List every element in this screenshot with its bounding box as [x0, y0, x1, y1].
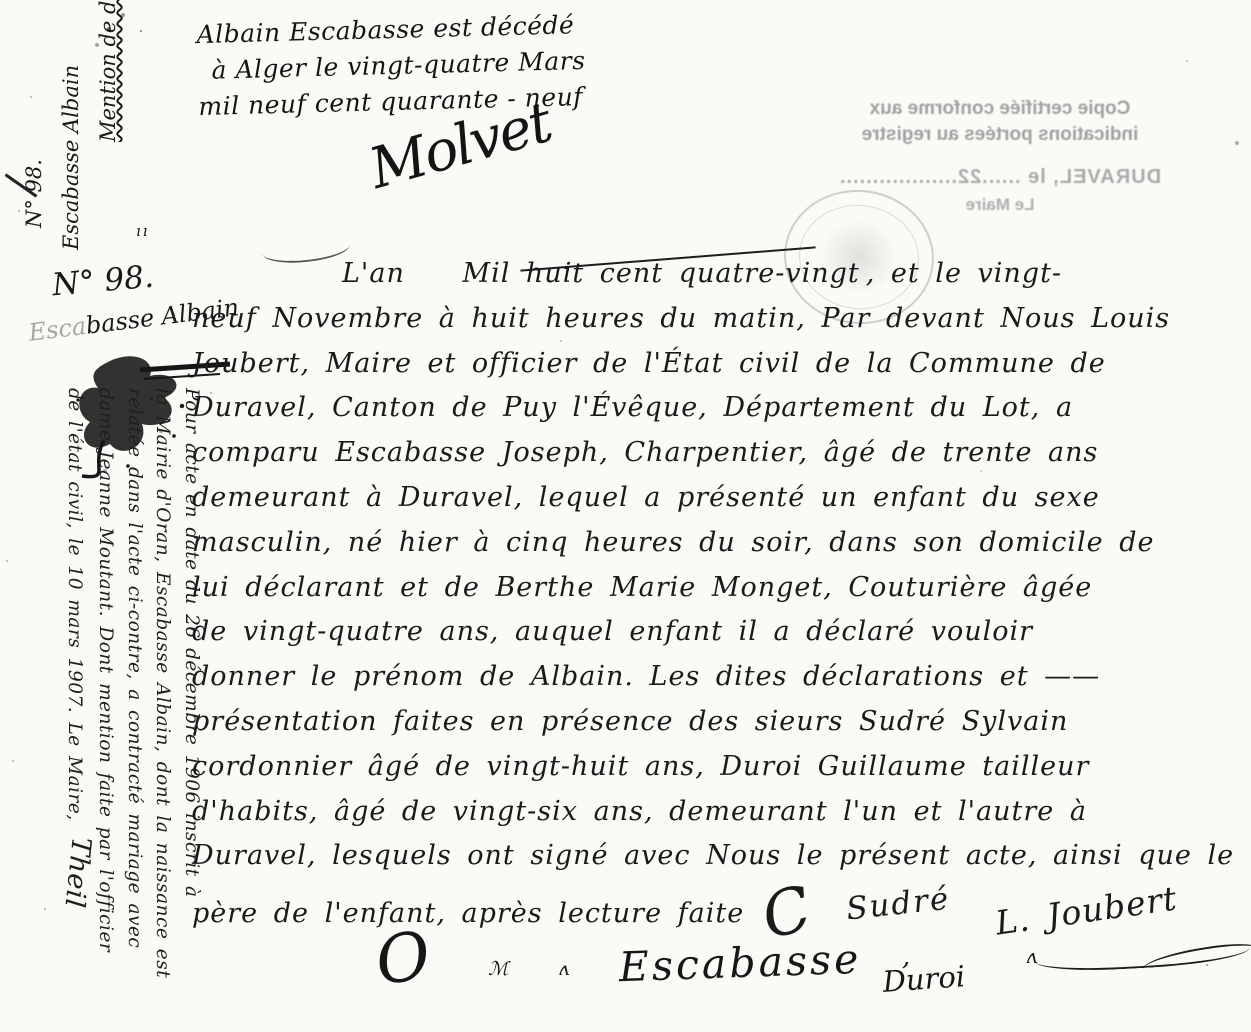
- act-number-label: N° 98.: [51, 259, 156, 304]
- margin-marriage-note: Pour acte en date du 26 décembre 1906 in…: [60, 388, 206, 1032]
- signature-row: Oℳ ʌEscabasseDuroi: [376, 920, 964, 997]
- act-line: Duravel, lesquels ont signé avec Nous le…: [192, 834, 1248, 879]
- act-line-part: , et le vingt-: [866, 258, 1062, 289]
- pen-marks: ℳ ʌ: [488, 958, 591, 980]
- act-name-faded-part: Esca: [27, 312, 88, 347]
- mayor-signature-joubert: L. Joubert: [993, 877, 1180, 947]
- pen-mark: ıı: [136, 222, 150, 240]
- signature-flourish-o: O: [371, 917, 435, 1001]
- birth-act-text: L'an Mil huit cent quatre-vingt, et le v…: [192, 252, 1248, 937]
- mention-deces-label: Mention de décès: [90, 10, 127, 250]
- scan-noise: [0, 0, 2, 2]
- margin-note-line: Pour acte en date du 26 décembre 1906 in…: [177, 388, 206, 1032]
- margin-note-line: la Mairie d'Oran, Escabasse Albain, dont…: [148, 388, 177, 1032]
- act-number-vertical: N° 98.: [16, 10, 53, 250]
- scan-page: Albain Escabasse est décédé à Alger le v…: [0, 0, 1251, 1032]
- margin-note-signature: Theil: [59, 835, 95, 909]
- margin-note-line-part: de l'état civil, le 10 mars 1907. Le Mai…: [64, 388, 85, 821]
- margin-note-line: dame Jeanne Moutant. Dont mention faite …: [91, 388, 120, 1032]
- act-line: donner le prénom de Albain. Les dites dé…: [192, 655, 1248, 700]
- act-line: masculin, né hier à cinq heures du soir,…: [192, 521, 1248, 566]
- act-line: présentation faites en présence des sieu…: [192, 700, 1248, 745]
- corner-filing-note: N° 98. Escabasse Albain Mention de décès: [16, 10, 127, 250]
- pen-mark: ʌ: [1026, 944, 1037, 968]
- stamp-line: indications portées au registre: [802, 122, 1198, 148]
- struck-text: Mil huit cent quatre-vingt: [462, 258, 859, 289]
- act-line: de vingt-quatre ans, auquel enfant il a …: [192, 610, 1248, 655]
- act-line: L'an Mil huit cent quatre-vingt, et le v…: [192, 252, 1248, 297]
- act-line: neuf Novembre à huit heures du matin, Pa…: [192, 297, 1248, 342]
- act-line: d'habits, âgé de vingt-six ans, demeuran…: [192, 790, 1248, 835]
- margin-note-line: relatée dans l'acte ci-contre, a contrac…: [120, 388, 149, 1032]
- act-line: Duravel, Canton de Puy l'Évêque, Départe…: [192, 386, 1248, 431]
- act-line-part: L'an: [342, 258, 420, 289]
- act-line: lui déclarant et de Berthe Marie Monget,…: [192, 566, 1248, 611]
- pen-mark: ,: [902, 942, 910, 972]
- act-line: cordonnier âgé de vingt-huit ans, Duroi …: [192, 745, 1248, 790]
- act-name-vertical: Escabasse Albain: [53, 10, 90, 250]
- act-line: demeurant à Duravel, lequel a présenté u…: [192, 476, 1248, 521]
- death-mention-note: Albain Escabasse est décédé à Alger le v…: [196, 7, 588, 167]
- witness-signature-duroi: Duroi: [881, 959, 966, 999]
- margin-note-line: de l'état civil, le 10 mars 1907. Le Mai…: [60, 388, 92, 1032]
- stamp-line: Copie certifiée conforme aux: [802, 96, 1198, 122]
- act-line: comparu Escabasse Joseph, Charpentier, â…: [192, 431, 1248, 476]
- stamp-line: DURAVEL, le ......22..................: [802, 164, 1198, 190]
- act-line: Joubert, Maire et officier de l'État civ…: [192, 342, 1248, 387]
- father-signature-escabasse: Escabasse: [618, 935, 862, 991]
